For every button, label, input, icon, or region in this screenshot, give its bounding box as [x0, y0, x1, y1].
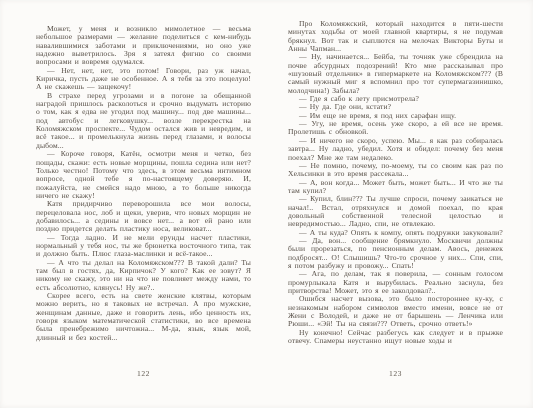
page-122: Может, у меня и возникло мимолетное — ве…: [36, 0, 251, 408]
paragraph: Скорее всего, есть на свете женские клят…: [36, 292, 251, 342]
page-122-body-text: Может, у меня и возникло мимолетное — ве…: [36, 0, 251, 342]
page-number-right: 123: [288, 369, 503, 378]
paragraph: — Ага, по делам, так я поверила, — сонны…: [288, 270, 503, 295]
paragraph: — Купил, блин??? Ты лучше спроси, почему…: [288, 195, 503, 228]
page-number-left: 122: [36, 369, 251, 378]
paragraph: — Угу, не время, осень уже скоро, а ей в…: [288, 120, 503, 137]
paragraph: Ну конечно! Сейчас разбегусь как следует…: [288, 329, 503, 346]
page-123: Про Коломяжский, который находится в пят…: [288, 0, 503, 408]
paragraph: — Нет, нет, нет, это потом! Говори, раз …: [36, 67, 251, 92]
book-spread: Может, у меня и возникло мимолетное — ве…: [0, 0, 533, 408]
paragraph: — И ничего не скоро, успею. Мы... я как …: [288, 137, 503, 162]
paragraph: Катя придирчиво переворошила все мои вол…: [36, 200, 251, 233]
paragraph: — Короче говоря, Катён, осмотри меня и ч…: [36, 150, 251, 200]
paragraph: Про Коломяжский, который находится в пят…: [288, 20, 503, 53]
paragraph: Может, у меня и возникло мимолетное — ве…: [36, 25, 251, 67]
paragraph: — А, вон когда... Может быть, может быть…: [288, 179, 503, 196]
paragraph: В страхе перед угрозами и в погоне за об…: [36, 92, 251, 150]
paragraph: Ошибся насчет вызова, это было посторонн…: [288, 295, 503, 328]
paragraph: — А что ты делал на Коломяжском??? В так…: [36, 259, 251, 292]
paragraph: — Ну, начинается... Бейба, ты точняк уже…: [288, 53, 503, 95]
paragraph: — Не помню, почему, по-моему, ты со свои…: [288, 162, 503, 179]
paragraph: — Да, вон... сообщение брямкнуло. Москви…: [288, 237, 503, 270]
paragraph: — Тогда ладно. И не мели ерунды насчет п…: [36, 234, 251, 259]
page-123-body-text: Про Коломяжский, который находится в пят…: [288, 0, 503, 345]
